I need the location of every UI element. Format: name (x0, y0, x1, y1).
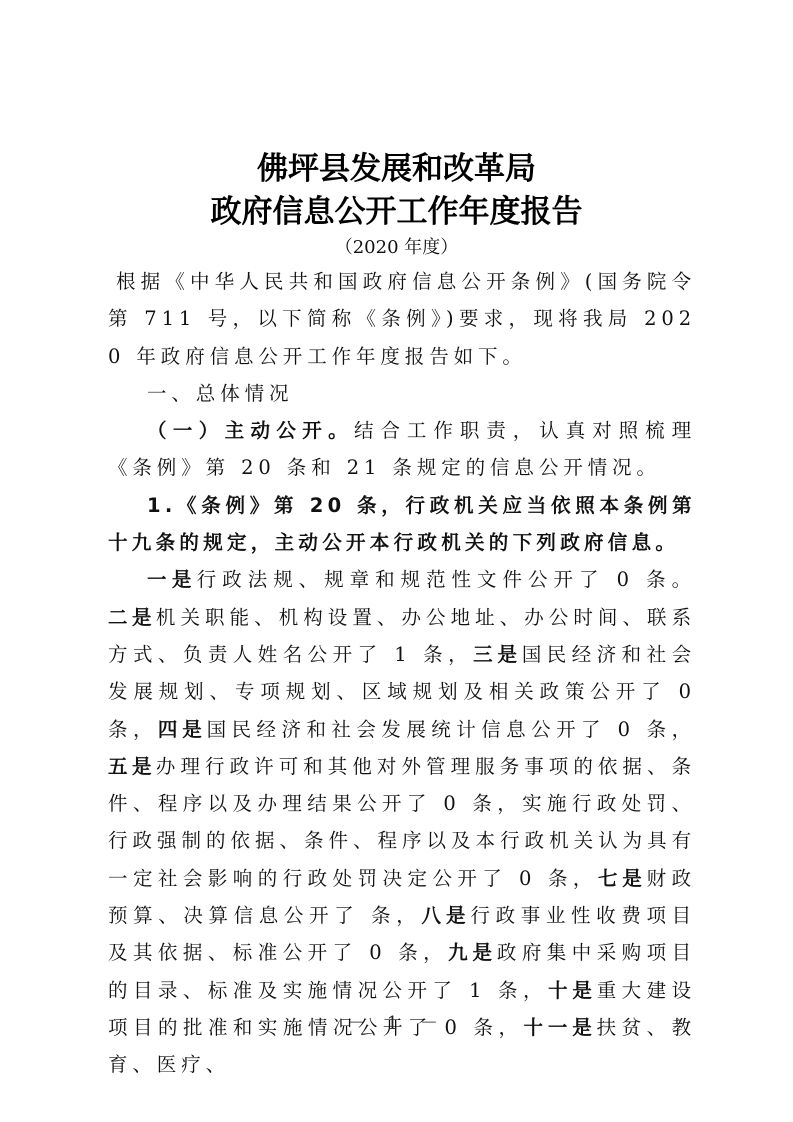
item-label: 一是 (147, 568, 197, 591)
item-label: 九是 (448, 941, 497, 964)
item-label: 十是 (548, 979, 597, 1002)
item-label: 七是 (598, 867, 647, 890)
section-heading-overview: 一、总体情况 (108, 375, 696, 412)
report-title-agency: 佛坪县发展和改革局 (0, 143, 793, 188)
subsection-proactive-disclosure: （一）主动公开。结合工作职责，认真对照梳理《条例》第 20 条和 21 条规定的… (108, 412, 696, 487)
item-label: 四是 (158, 718, 207, 741)
intro-paragraph: 根据《中华人民共和国政府信息公开条例》(国务院令第 711 号，以下简称《条例》… (108, 263, 696, 375)
page-number: － 1 － (0, 1009, 793, 1035)
report-title: 政府信息公开工作年度报告 (0, 186, 793, 231)
disclosure-details-paragraph: 一是行政法规、规章和规范性文件公开了 0 条。二是机关职能、机构设置、办公地址、… (108, 561, 696, 1083)
item-label: 二是 (108, 606, 156, 629)
report-year: （2020 年度） (0, 233, 793, 259)
document-body: 根据《中华人民共和国政府信息公开条例》(国务院令第 711 号，以下简称《条例》… (108, 263, 696, 1084)
item-label: 五是 (108, 755, 156, 778)
item-label: 八是 (421, 904, 470, 927)
item-heading-article-20: 1.《条例》第 20 条，行政机关应当依照本条例第十九条的规定，主动公开本行政机… (108, 487, 696, 562)
item-text: 国民经济和社会发展统计信息公开了 0 条， (207, 718, 696, 741)
item-label: 三是 (473, 643, 522, 666)
document-page: 佛坪县发展和改革局 政府信息公开工作年度报告 （2020 年度） 根据《中华人民… (0, 0, 793, 1122)
subsection-label: （一）主动公开。 (147, 419, 354, 442)
item-text: 行政法规、规章和规范性文件公开了 0 条。 (197, 568, 696, 591)
